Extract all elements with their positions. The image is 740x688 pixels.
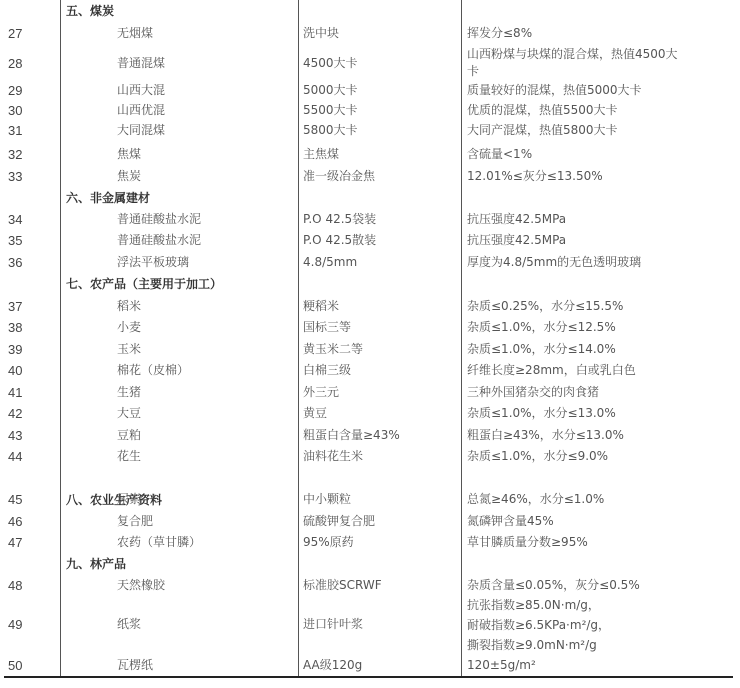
column-divider-1 (60, 0, 61, 677)
quality-standard: 12.01%≤灰分≤13.50% (467, 168, 732, 185)
row-number: 41 (8, 384, 36, 401)
commodity-spec: 主焦煤 (303, 146, 339, 163)
commodity-name: 山西大混 (117, 82, 165, 99)
quality-standard: 杂质≤1.0%，水分≤13.0% (467, 405, 732, 422)
commodity-name: 小麦 (117, 319, 141, 336)
row-number: 38 (8, 319, 36, 336)
quality-standard: 抗压强度42.5MPa (467, 232, 732, 249)
column-divider-2 (298, 0, 299, 677)
commodity-spec: 进口针叶浆 (303, 616, 363, 633)
commodity-name: 焦炭 (117, 168, 141, 185)
commodity-name: 大同混煤 (117, 122, 165, 139)
commodity-spec: 白棉三级 (303, 362, 351, 379)
commodity-name: 花生 (117, 448, 141, 465)
quality-standard-continued: 卡 (467, 63, 732, 80)
commodity-spec: 粗蛋白含量≥43% (303, 427, 400, 444)
commodity-name: 普通硅酸盐水泥 (117, 232, 201, 249)
commodity-spec: 5000大卡 (303, 82, 358, 99)
quality-standard: 厚度为4.8/5mm的无色透明玻璃 (467, 254, 732, 271)
section-title: 八、农业生产资料 (66, 492, 162, 509)
commodity-name: 瓦楞纸 (117, 657, 153, 674)
quality-standard: 抗压强度42.5MPa (467, 211, 732, 228)
table-bottom-border (4, 676, 733, 678)
commodity-name: 普通硅酸盐水泥 (117, 211, 201, 228)
commodity-name: 尿素 (117, 491, 141, 508)
commodity-name: 天然橡胶 (117, 577, 165, 594)
quality-standard: 挥发分≤8% (467, 25, 732, 42)
quality-standard: 含硫量<1% (467, 146, 732, 163)
quality-standard: 杂质≤1.0%，水分≤14.0% (467, 341, 732, 358)
row-number: 27 (8, 25, 36, 42)
quality-standard: 杂质≤1.0%，水分≤9.0% (467, 448, 732, 465)
commodity-name: 无烟煤 (117, 25, 153, 42)
quality-standard: 三种外国猪杂交的肉食猪 (467, 384, 732, 401)
quality-standard: 质量较好的混煤，热值5000大卡 (467, 82, 732, 99)
row-number: 50 (8, 657, 36, 674)
quality-standard: 杂质≤0.25%，水分≤15.5% (467, 298, 732, 315)
commodity-spec: P.O 42.5散装 (303, 232, 376, 249)
row-number: 45 (8, 491, 36, 508)
section-title: 五、煤炭 (66, 3, 114, 20)
section-title: 九、林产品 (66, 556, 126, 573)
commodity-name: 焦煤 (117, 146, 141, 163)
commodity-name: 山西优混 (117, 102, 165, 119)
commodity-spec: 5800大卡 (303, 122, 358, 139)
quality-standard: 总氮≥46%，水分≤1.0% (467, 491, 732, 508)
row-number: 31 (8, 122, 36, 139)
commodity-standards-table: 五、煤炭 六、非金属建材 七、农产品（主要用于加工） 八、农业生产资料 九、林产… (0, 0, 734, 678)
commodity-spec: 4.8/5mm (303, 254, 357, 271)
row-number: 44 (8, 448, 36, 465)
commodity-name: 豆粕 (117, 427, 141, 444)
row-number: 48 (8, 577, 36, 594)
row-number: 35 (8, 232, 36, 249)
quality-standard: 抗张指数≥85.0N·m/g， (467, 597, 732, 614)
row-number: 42 (8, 405, 36, 422)
commodity-name: 棉花（皮棉） (117, 362, 189, 379)
row-number: 34 (8, 211, 36, 228)
row-number: 33 (8, 168, 36, 185)
row-number: 36 (8, 254, 36, 271)
column-divider-3 (461, 0, 462, 677)
row-number: 49 (8, 616, 36, 633)
commodity-spec: AA级120g (303, 657, 362, 674)
row-number: 43 (8, 427, 36, 444)
row-number: 37 (8, 298, 36, 315)
row-number: 46 (8, 513, 36, 530)
quality-standard: 粗蛋白≥43%，水分≤13.0% (467, 427, 732, 444)
row-number: 29 (8, 82, 36, 99)
quality-standard-continued: 耐破指数≥6.5KPa·m²/g， (467, 617, 732, 634)
commodity-name: 稻米 (117, 298, 141, 315)
commodity-name: 纸浆 (117, 616, 141, 633)
commodity-spec: 5500大卡 (303, 102, 358, 119)
quality-standard: 120±5g/m² (467, 657, 732, 674)
row-number: 32 (8, 146, 36, 163)
row-number: 40 (8, 362, 36, 379)
commodity-spec: 洗中块 (303, 25, 339, 42)
commodity-name: 普通混煤 (117, 55, 165, 72)
row-number: 30 (8, 102, 36, 119)
quality-standard: 杂质含量≤0.05%，灰分≤0.5% (467, 577, 732, 594)
quality-standard: 杂质≤1.0%，水分≤12.5% (467, 319, 732, 336)
commodity-spec: 4500大卡 (303, 55, 358, 72)
commodity-spec: 黄豆 (303, 405, 327, 422)
commodity-name: 生猪 (117, 384, 141, 401)
commodity-spec: 黄玉米二等 (303, 341, 363, 358)
commodity-spec: P.O 42.5袋装 (303, 211, 376, 228)
commodity-spec: 95%原药 (303, 534, 354, 551)
commodity-name: 大豆 (117, 405, 141, 422)
row-number: 47 (8, 534, 36, 551)
section-title: 六、非金属建材 (66, 190, 150, 207)
commodity-spec: 标准胶SCRWF (303, 577, 382, 594)
commodity-spec: 粳稻米 (303, 298, 339, 315)
commodity-spec: 中小颗粒 (303, 491, 351, 508)
commodity-name: 复合肥 (117, 513, 153, 530)
quality-standard-continued: 撕裂指数≥9.0mN·m²/g (467, 637, 732, 654)
quality-standard: 山西粉煤与块煤的混合煤，热值4500大 (467, 46, 732, 63)
commodity-spec: 外三元 (303, 384, 339, 401)
commodity-spec: 准一级冶金焦 (303, 168, 375, 185)
row-number: 28 (8, 55, 36, 72)
section-title: 七、农产品（主要用于加工） (66, 276, 222, 293)
commodity-spec: 国标三等 (303, 319, 351, 336)
commodity-spec: 油料花生米 (303, 448, 363, 465)
quality-standard: 纤维长度≥28mm，白或乳白色 (467, 362, 732, 379)
commodity-name: 浮法平板玻璃 (117, 254, 189, 271)
commodity-name: 玉米 (117, 341, 141, 358)
commodity-name: 农药（草甘膦） (117, 534, 201, 551)
quality-standard: 大同产混煤，热值5800大卡 (467, 122, 732, 139)
quality-standard: 草甘膦质量分数≥95% (467, 534, 732, 551)
row-number: 39 (8, 341, 36, 358)
commodity-spec: 硫酸钾复合肥 (303, 513, 375, 530)
quality-standard: 氮磷钾含量45% (467, 513, 732, 530)
quality-standard: 优质的混煤，热值5500大卡 (467, 102, 732, 119)
